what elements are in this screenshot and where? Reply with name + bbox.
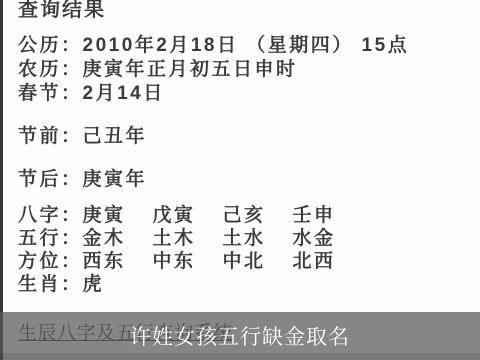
calendar-info-block: 公历：2010年2月18日 （星期四） 15点 农历：庚寅年正月初五日申时 春节… bbox=[18, 34, 409, 106]
row-before-festival: 节前：己丑年 bbox=[18, 121, 147, 148]
fangwei-label: 方位： bbox=[18, 250, 83, 273]
bazi-table: 八字：庚寅戊寅己亥壬申 五行：金木土木土水水金 方位：西东中东中北北西 生肖：虎 bbox=[18, 204, 363, 296]
info-row-solar: 公历：2010年2月18日 （星期四） 15点 bbox=[18, 34, 409, 58]
spring-festival-value: 2月14日 bbox=[83, 83, 165, 104]
table-row-bazi: 八字：庚寅戊寅己亥壬申 bbox=[18, 204, 363, 227]
before-festival-label: 节前： bbox=[18, 121, 83, 148]
left-border-bar bbox=[0, 0, 3, 360]
bazi-day-pillar: 己亥 bbox=[223, 204, 293, 227]
shengxiao-value: 虎 bbox=[83, 273, 153, 296]
after-festival-label: 节后： bbox=[18, 164, 83, 191]
caption-title-text: 许姓女孩五行缺金取名 bbox=[130, 321, 350, 351]
wuxing-col-3: 土水 bbox=[223, 227, 293, 250]
wuxing-label: 五行： bbox=[18, 227, 83, 250]
table-row-fangwei: 方位：西东中东中北北西 bbox=[18, 250, 363, 273]
wuxing-col-1: 金木 bbox=[83, 227, 153, 250]
wuxing-col-2: 土木 bbox=[153, 227, 223, 250]
fangwei-col-1: 西东 bbox=[83, 250, 153, 273]
fangwei-col-4: 北西 bbox=[293, 250, 363, 273]
bazi-month-pillar: 戊寅 bbox=[153, 204, 223, 227]
caption-overlay-bar: 许姓女孩五行缺金取名 bbox=[0, 312, 480, 360]
spring-festival-label: 春节： bbox=[18, 82, 83, 106]
lunar-date-value: 庚寅年正月初五日申时 bbox=[83, 59, 298, 80]
fangwei-col-3: 中北 bbox=[223, 250, 293, 273]
fangwei-col-2: 中东 bbox=[153, 250, 223, 273]
table-row-shengxiao: 生肖：虎 bbox=[18, 273, 363, 296]
solar-date-value: 2010年2月18日 （星期四） 15点 bbox=[83, 35, 410, 56]
wuxing-col-4: 水金 bbox=[293, 227, 363, 250]
info-row-lunar: 农历：庚寅年正月初五日申时 bbox=[18, 58, 409, 82]
solar-date-label: 公历： bbox=[18, 34, 83, 58]
table-row-wuxing: 五行：金木土木土水水金 bbox=[18, 227, 363, 250]
info-row-spring-festival: 春节：2月14日 bbox=[18, 82, 409, 106]
page-title: 查询结果 bbox=[18, 0, 106, 22]
row-after-festival: 节后：庚寅年 bbox=[18, 164, 147, 191]
bazi-label: 八字： bbox=[18, 204, 83, 227]
lunar-date-label: 农历： bbox=[18, 58, 83, 82]
bazi-year-pillar: 庚寅 bbox=[83, 204, 153, 227]
bazi-hour-pillar: 壬申 bbox=[293, 204, 363, 227]
shengxiao-label: 生肖： bbox=[18, 273, 83, 296]
before-festival-value: 己丑年 bbox=[83, 126, 148, 147]
after-festival-value: 庚寅年 bbox=[83, 169, 148, 190]
